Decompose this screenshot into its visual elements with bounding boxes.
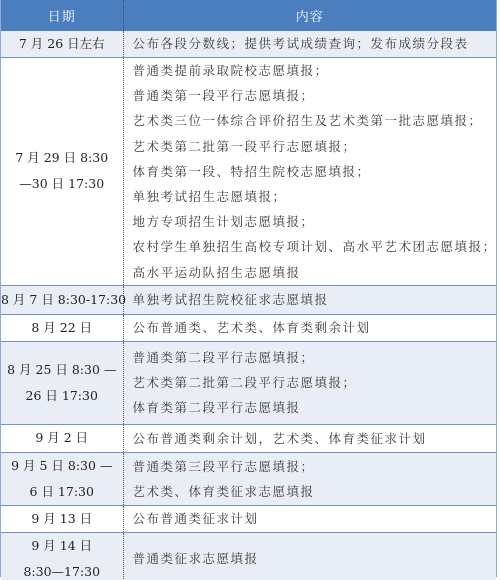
table-row: 8 月 25 日 8:30 — 26 日 17:30 普通类第二段平行志愿填报；… bbox=[1, 341, 496, 424]
content-text: 普通类第三段平行志愿填报； bbox=[133, 454, 497, 479]
date-text: 6 日 17:30 bbox=[1, 479, 123, 505]
table-row: 7 月 29 日 8:30 —30 日 17:30 普通类提前录取院校志愿填报；… bbox=[1, 58, 496, 286]
content-text: 农村学生单独招生高校专项计划、高水平艺术团志愿填报； bbox=[133, 234, 497, 259]
table-row: 9 月 2 日 公布普通类剩余计划，艺术类、体育类征求计划 bbox=[1, 424, 496, 452]
header-date: 日期 bbox=[1, 0, 123, 31]
content-cell: 单独考试招生院校征求志愿填报 bbox=[123, 285, 496, 314]
content-text: 普通类提前录取院校志愿填报； bbox=[133, 58, 497, 83]
table-row: 9 月 14 日 8:30—17:30 普通类征求志愿填报 bbox=[1, 532, 496, 580]
content-text: 艺术类第二批第二段平行志愿填报； bbox=[133, 370, 497, 395]
content-cell: 公布普通类、艺术类、体育类剩余计划 bbox=[123, 314, 496, 341]
content-text: 艺术类、体育类征求志愿填报 bbox=[133, 479, 497, 504]
date-cell: 8 月 22 日 bbox=[1, 314, 123, 341]
table-row: 9 月 13 日 公布普通类征求计划 bbox=[1, 505, 496, 532]
table-row: 9 月 5 日 8:30 — 6 日 17:30 普通类第三段平行志愿填报； 艺… bbox=[1, 452, 496, 505]
schedule-table-container: 日期 内容 7 月 26 日左右 公布各段分数线；提供考试成绩查询；发布成绩分段… bbox=[0, 0, 497, 577]
date-text: 8 月 7 日 8:30-17:30 bbox=[1, 287, 123, 313]
date-cell: 9 月 13 日 bbox=[1, 505, 123, 532]
date-text: 26 日 17:30 bbox=[1, 383, 123, 409]
content-text: 单独考试招生志愿填报； bbox=[133, 184, 497, 209]
content-cell: 公布各段分数线；提供考试成绩查询；发布成绩分段表 bbox=[123, 31, 496, 58]
date-cell: 9 月 2 日 bbox=[1, 424, 123, 452]
content-text: 普通类征求志愿填报 bbox=[133, 546, 497, 571]
content-cell: 普通类提前录取院校志愿填报； 普通类第一段平行志愿填报； 艺术类三位一体综合评价… bbox=[123, 58, 496, 286]
date-text: 9 月 5 日 8:30 — bbox=[1, 453, 123, 479]
date-text: 8 月 25 日 8:30 — bbox=[1, 357, 123, 383]
content-cell: 普通类征求志愿填报 bbox=[123, 532, 496, 580]
schedule-table: 日期 内容 7 月 26 日左右 公布各段分数线；提供考试成绩查询；发布成绩分段… bbox=[1, 0, 496, 580]
content-cell: 普通类第三段平行志愿填报； 艺术类、体育类征求志愿填报 bbox=[123, 452, 496, 505]
table-row: 8 月 7 日 8:30-17:30 单独考试招生院校征求志愿填报 bbox=[1, 285, 496, 314]
date-text: 8:30—17:30 bbox=[1, 559, 123, 580]
content-cell: 公布普通类剩余计划，艺术类、体育类征求计划 bbox=[123, 424, 496, 452]
date-text: 9 月 13 日 bbox=[1, 506, 123, 532]
content-text: 公布各段分数线；提供考试成绩查询；发布成绩分段表 bbox=[133, 31, 497, 56]
table-row: 8 月 22 日 公布普通类、艺术类、体育类剩余计划 bbox=[1, 314, 496, 341]
content-text: 艺术类三位一体综合评价招生及艺术类第一批志愿填报； bbox=[133, 108, 497, 133]
date-cell: 9 月 5 日 8:30 — 6 日 17:30 bbox=[1, 452, 123, 505]
date-text: 8 月 22 日 bbox=[1, 315, 123, 341]
content-text: 普通类第一段平行志愿填报； bbox=[133, 83, 497, 108]
table-header-row: 日期 内容 bbox=[1, 0, 496, 31]
content-text: 公布普通类征求计划 bbox=[133, 506, 497, 531]
date-cell: 9 月 14 日 8:30—17:30 bbox=[1, 532, 123, 580]
content-text: 艺术类第二批第一段平行志愿填报； bbox=[133, 134, 497, 159]
date-cell: 8 月 25 日 8:30 — 26 日 17:30 bbox=[1, 341, 123, 424]
table-row: 7 月 26 日左右 公布各段分数线；提供考试成绩查询；发布成绩分段表 bbox=[1, 31, 496, 58]
content-text: 体育类第一段、特招生院校志愿填报； bbox=[133, 159, 497, 184]
date-text: —30 日 17:30 bbox=[1, 171, 123, 197]
content-cell: 公布普通类征求计划 bbox=[123, 505, 496, 532]
date-text: 9 月 14 日 bbox=[1, 533, 123, 559]
date-text: 7 月 29 日 8:30 bbox=[1, 145, 123, 171]
date-cell: 7 月 26 日左右 bbox=[1, 31, 123, 58]
content-text: 地方专项招生计划志愿填报； bbox=[133, 209, 497, 234]
header-content: 内容 bbox=[123, 0, 496, 31]
content-text: 公布普通类、艺术类、体育类剩余计划 bbox=[133, 315, 497, 340]
content-text: 公布普通类剩余计划，艺术类、体育类征求计划 bbox=[133, 426, 497, 451]
content-text: 高水平运动队招生志愿填报 bbox=[133, 260, 497, 285]
content-text: 单独考试招生院校征求志愿填报 bbox=[133, 287, 497, 312]
date-text: 9 月 2 日 bbox=[1, 425, 123, 451]
content-cell: 普通类第二段平行志愿填报； 艺术类第二批第二段平行志愿填报； 体育类第二段平行志… bbox=[123, 341, 496, 424]
date-text: 7 月 26 日左右 bbox=[1, 31, 123, 57]
date-cell: 7 月 29 日 8:30 —30 日 17:30 bbox=[1, 58, 123, 286]
content-text: 体育类第二段平行志愿填报 bbox=[133, 395, 497, 420]
content-text: 普通类第二段平行志愿填报； bbox=[133, 345, 497, 370]
date-cell: 8 月 7 日 8:30-17:30 bbox=[1, 285, 123, 314]
